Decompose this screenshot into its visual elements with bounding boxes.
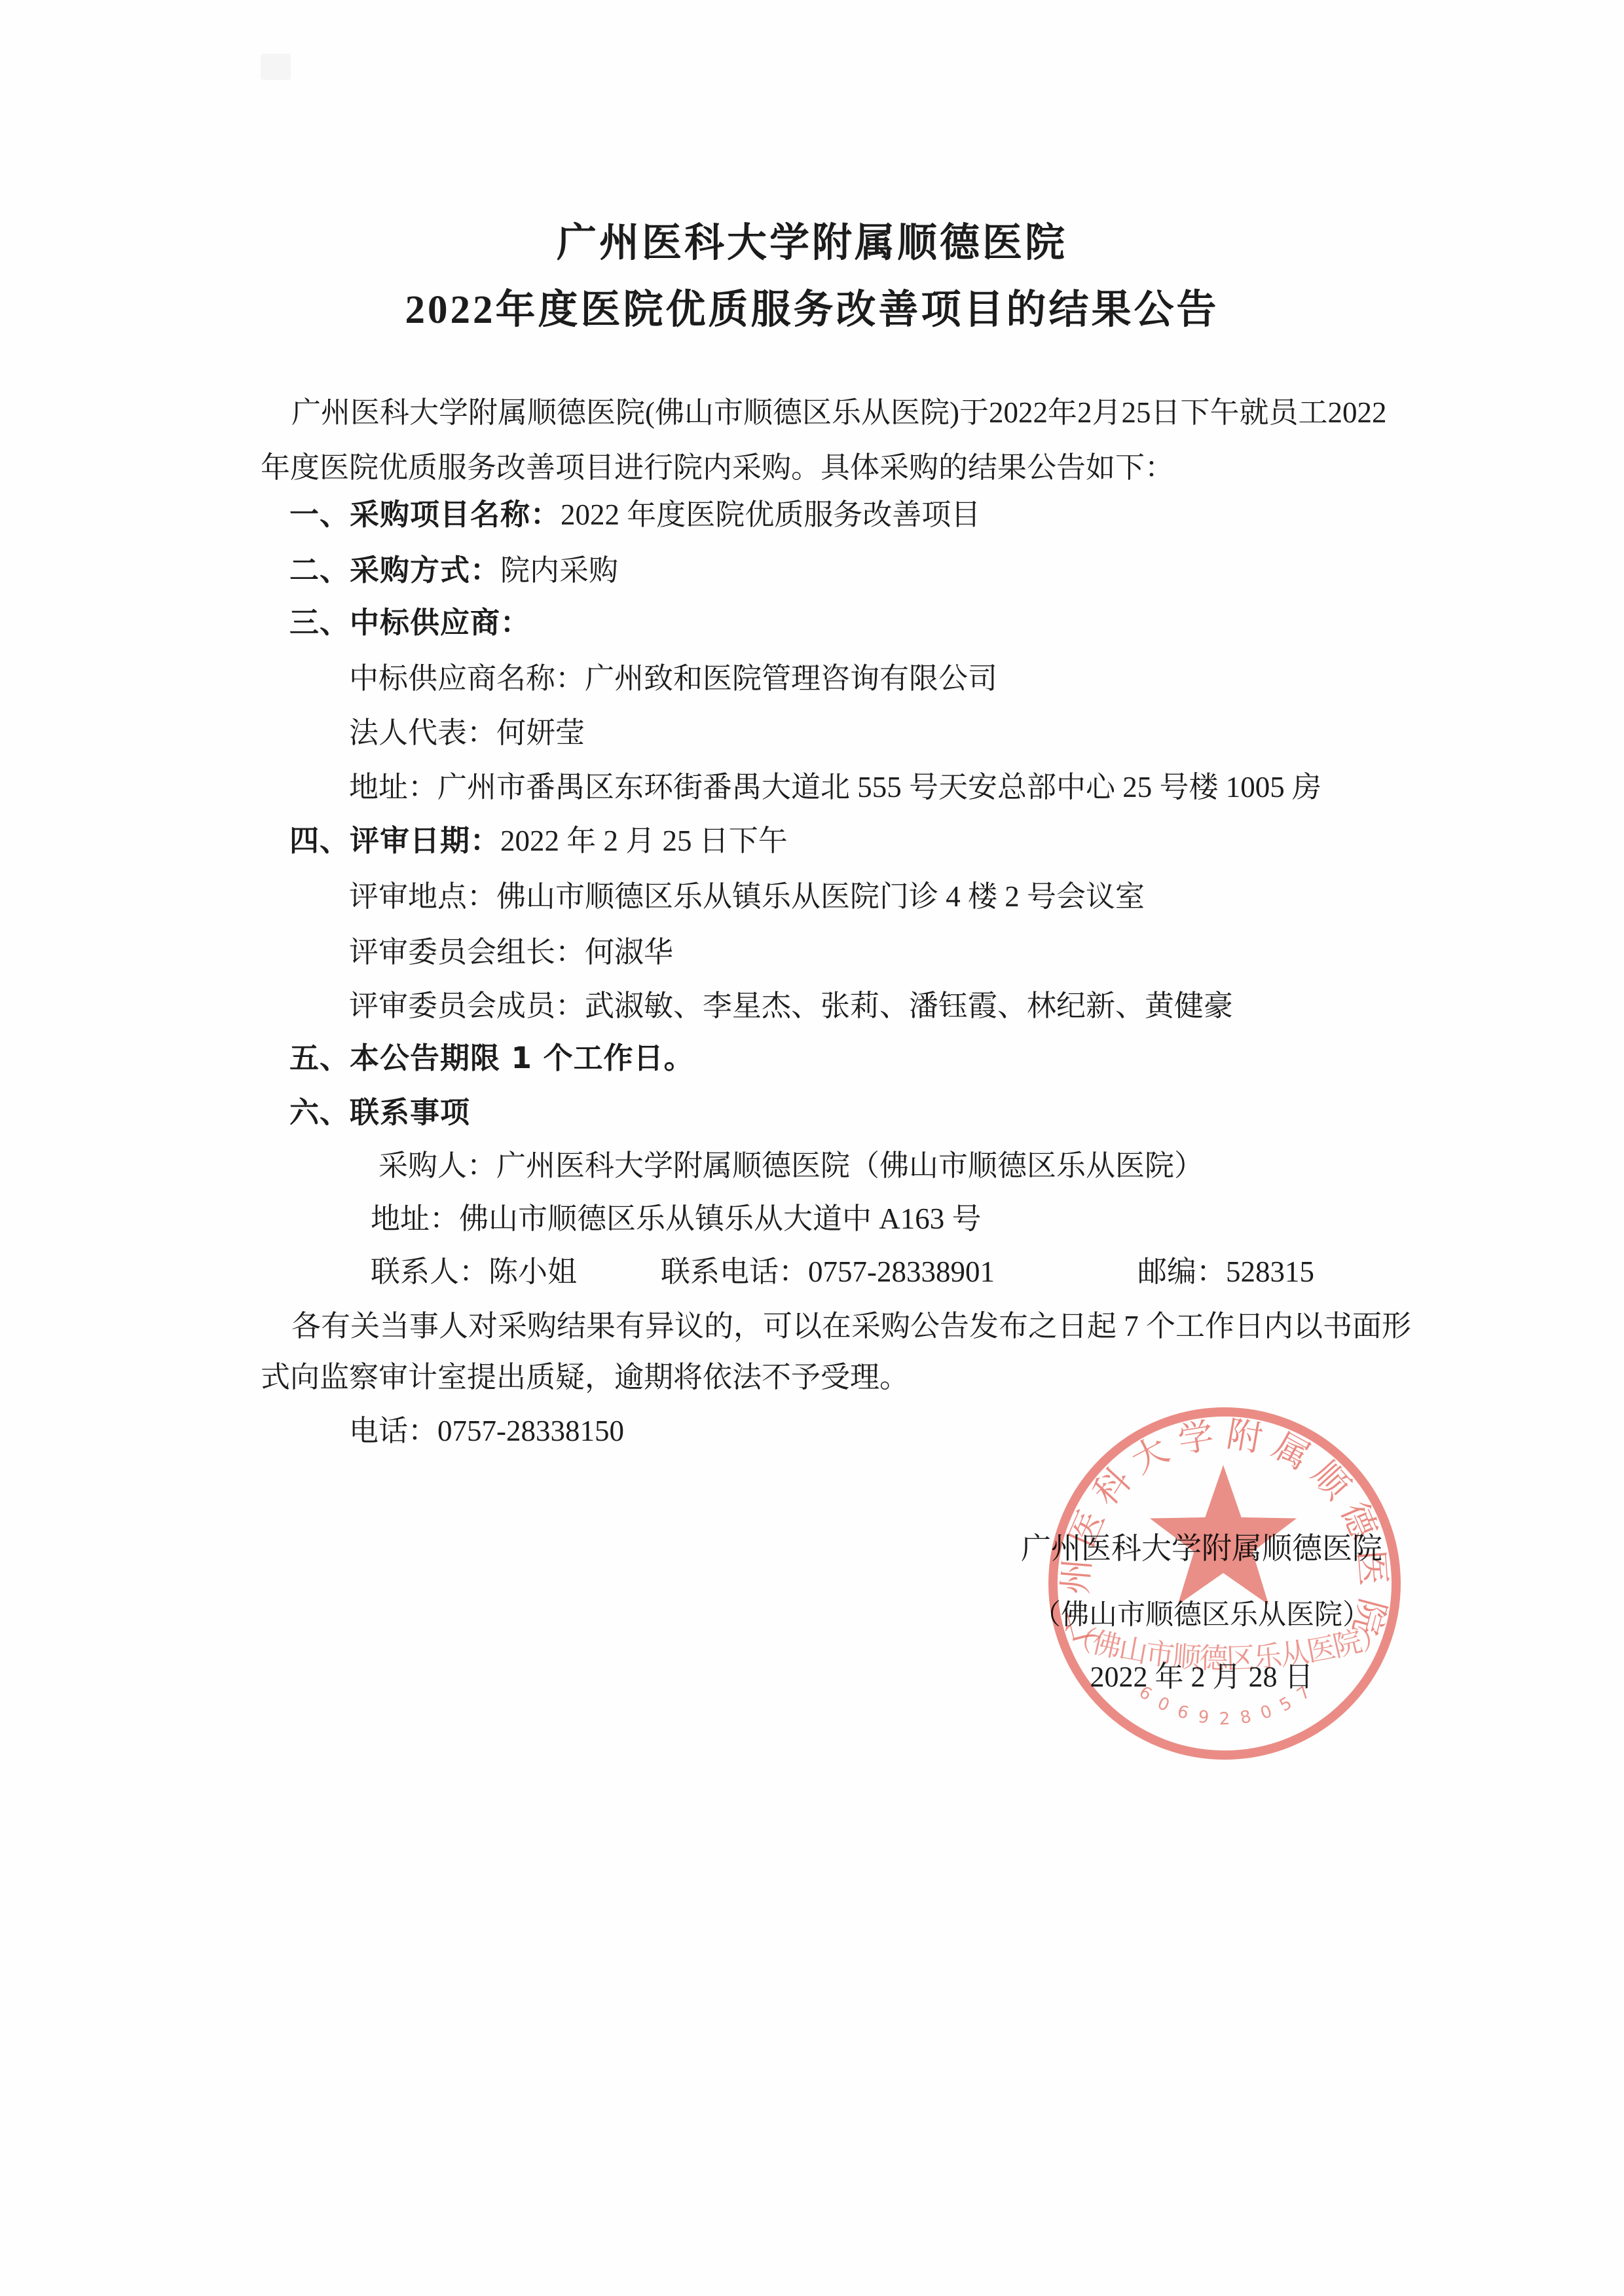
item-4-label: 四、评审日期： [289, 823, 500, 858]
item-2-label: 二、采购方式： [289, 553, 500, 587]
document-page: 广州医科大学附属顺德医院 2022年度医院优质服务改善项目的结果公告 广州医科大… [0, 0, 1624, 2296]
item-6-label: 六、联系事项 [289, 1095, 470, 1130]
closing-phone-line: 电话：0757-28338150 [349, 1414, 624, 1448]
contact-line: 联系人：陈小姐联系电话：0757-28338901邮编：528315 [371, 1255, 1314, 1289]
intro-line-2: 年度医院优质服务改善项目进行院内采购。具体采购的结果公告如下： [261, 451, 1174, 485]
contact-phone: 联系电话：0757-28338901 [661, 1255, 995, 1289]
item-5-label: 五、本公告期限 1 个工作日。 [289, 1041, 694, 1075]
item-4: 四、评审日期：2022 年 2 月 25 日下午 [289, 824, 788, 858]
official-seal-stamp: 广州医科大学附属顺德医院 （佛山市顺德区乐从医院） 6069280574 [1008, 1362, 1441, 1807]
item-4-value: 2022 年 2 月 25 日下午 [500, 824, 788, 857]
review-place-line: 评审地点：佛山市顺德区乐从镇乐从医院门诊 4 楼 2 号会议室 [349, 880, 1145, 914]
purchaser-line: 采购人：广州医科大学附属顺德医院（佛山市顺德区乐从医院） [378, 1149, 1204, 1183]
contact-address-line: 地址：佛山市顺德区乐从镇乐从大道中 A163 号 [371, 1202, 982, 1236]
postal-code: 邮编：528315 [1137, 1255, 1314, 1289]
seal-inner-text: （佛山市顺德区乐从医院） [1062, 1618, 1391, 1675]
item-3: 三、中标供应商： [289, 606, 530, 640]
seal-ring [1053, 1412, 1396, 1755]
document-title-line2: 2022年度医院优质服务改善项目的结果公告 [0, 278, 1624, 335]
committee-leader-line: 评审委员会组长：何淑华 [349, 935, 673, 969]
committee-members-line: 评审委员会成员：武淑敏、李星杰、张莉、潘钰霞、林纪新、黄健豪 [349, 989, 1233, 1023]
legal-rep-line: 法人代表：何妍莹 [349, 716, 585, 750]
contact-person: 联系人：陈小姐 [371, 1255, 577, 1288]
seal-star-icon [1150, 1465, 1297, 1605]
supplier-name-line: 中标供应商名称：广州致和医院管理咨询有限公司 [349, 661, 997, 695]
item-2-value: 院内采购 [500, 554, 618, 587]
seal-inner-textpath: （佛山市顺德区乐从医院） [1062, 1618, 1391, 1675]
item-5: 五、本公告期限 1 个工作日。 [289, 1041, 694, 1075]
item-2: 二、采购方式：院内采购 [289, 553, 618, 587]
item-1-label: 一、采购项目名称： [289, 497, 561, 532]
scan-artifact [261, 54, 291, 80]
document-title-line1: 广州医科大学附属顺德医院 [0, 211, 1624, 268]
closing-line-1: 各有关当事人对采购结果有异议的，可以在采购公告发布之日起 7 个工作日内以书面形 [291, 1309, 1411, 1343]
closing-line-2: 式向监察审计室提出质疑，逾期将依法不予受理。 [261, 1360, 909, 1394]
item-6: 六、联系事项 [289, 1096, 470, 1130]
supplier-address-line: 地址：广州市番禺区东环街番禺大道北 555 号天安总部中心 25 号楼 1005… [349, 770, 1321, 804]
intro-line-1: 广州医科大学附属顺德医院(佛山市顺德区乐从医院)于2022年2月25日下午就员工… [291, 396, 1386, 430]
item-1-value: 2022 年度医院优质服务改善项目 [561, 498, 980, 531]
item-1: 一、采购项目名称：2022 年度医院优质服务改善项目 [289, 498, 980, 532]
item-3-label: 三、中标供应商： [289, 605, 530, 640]
